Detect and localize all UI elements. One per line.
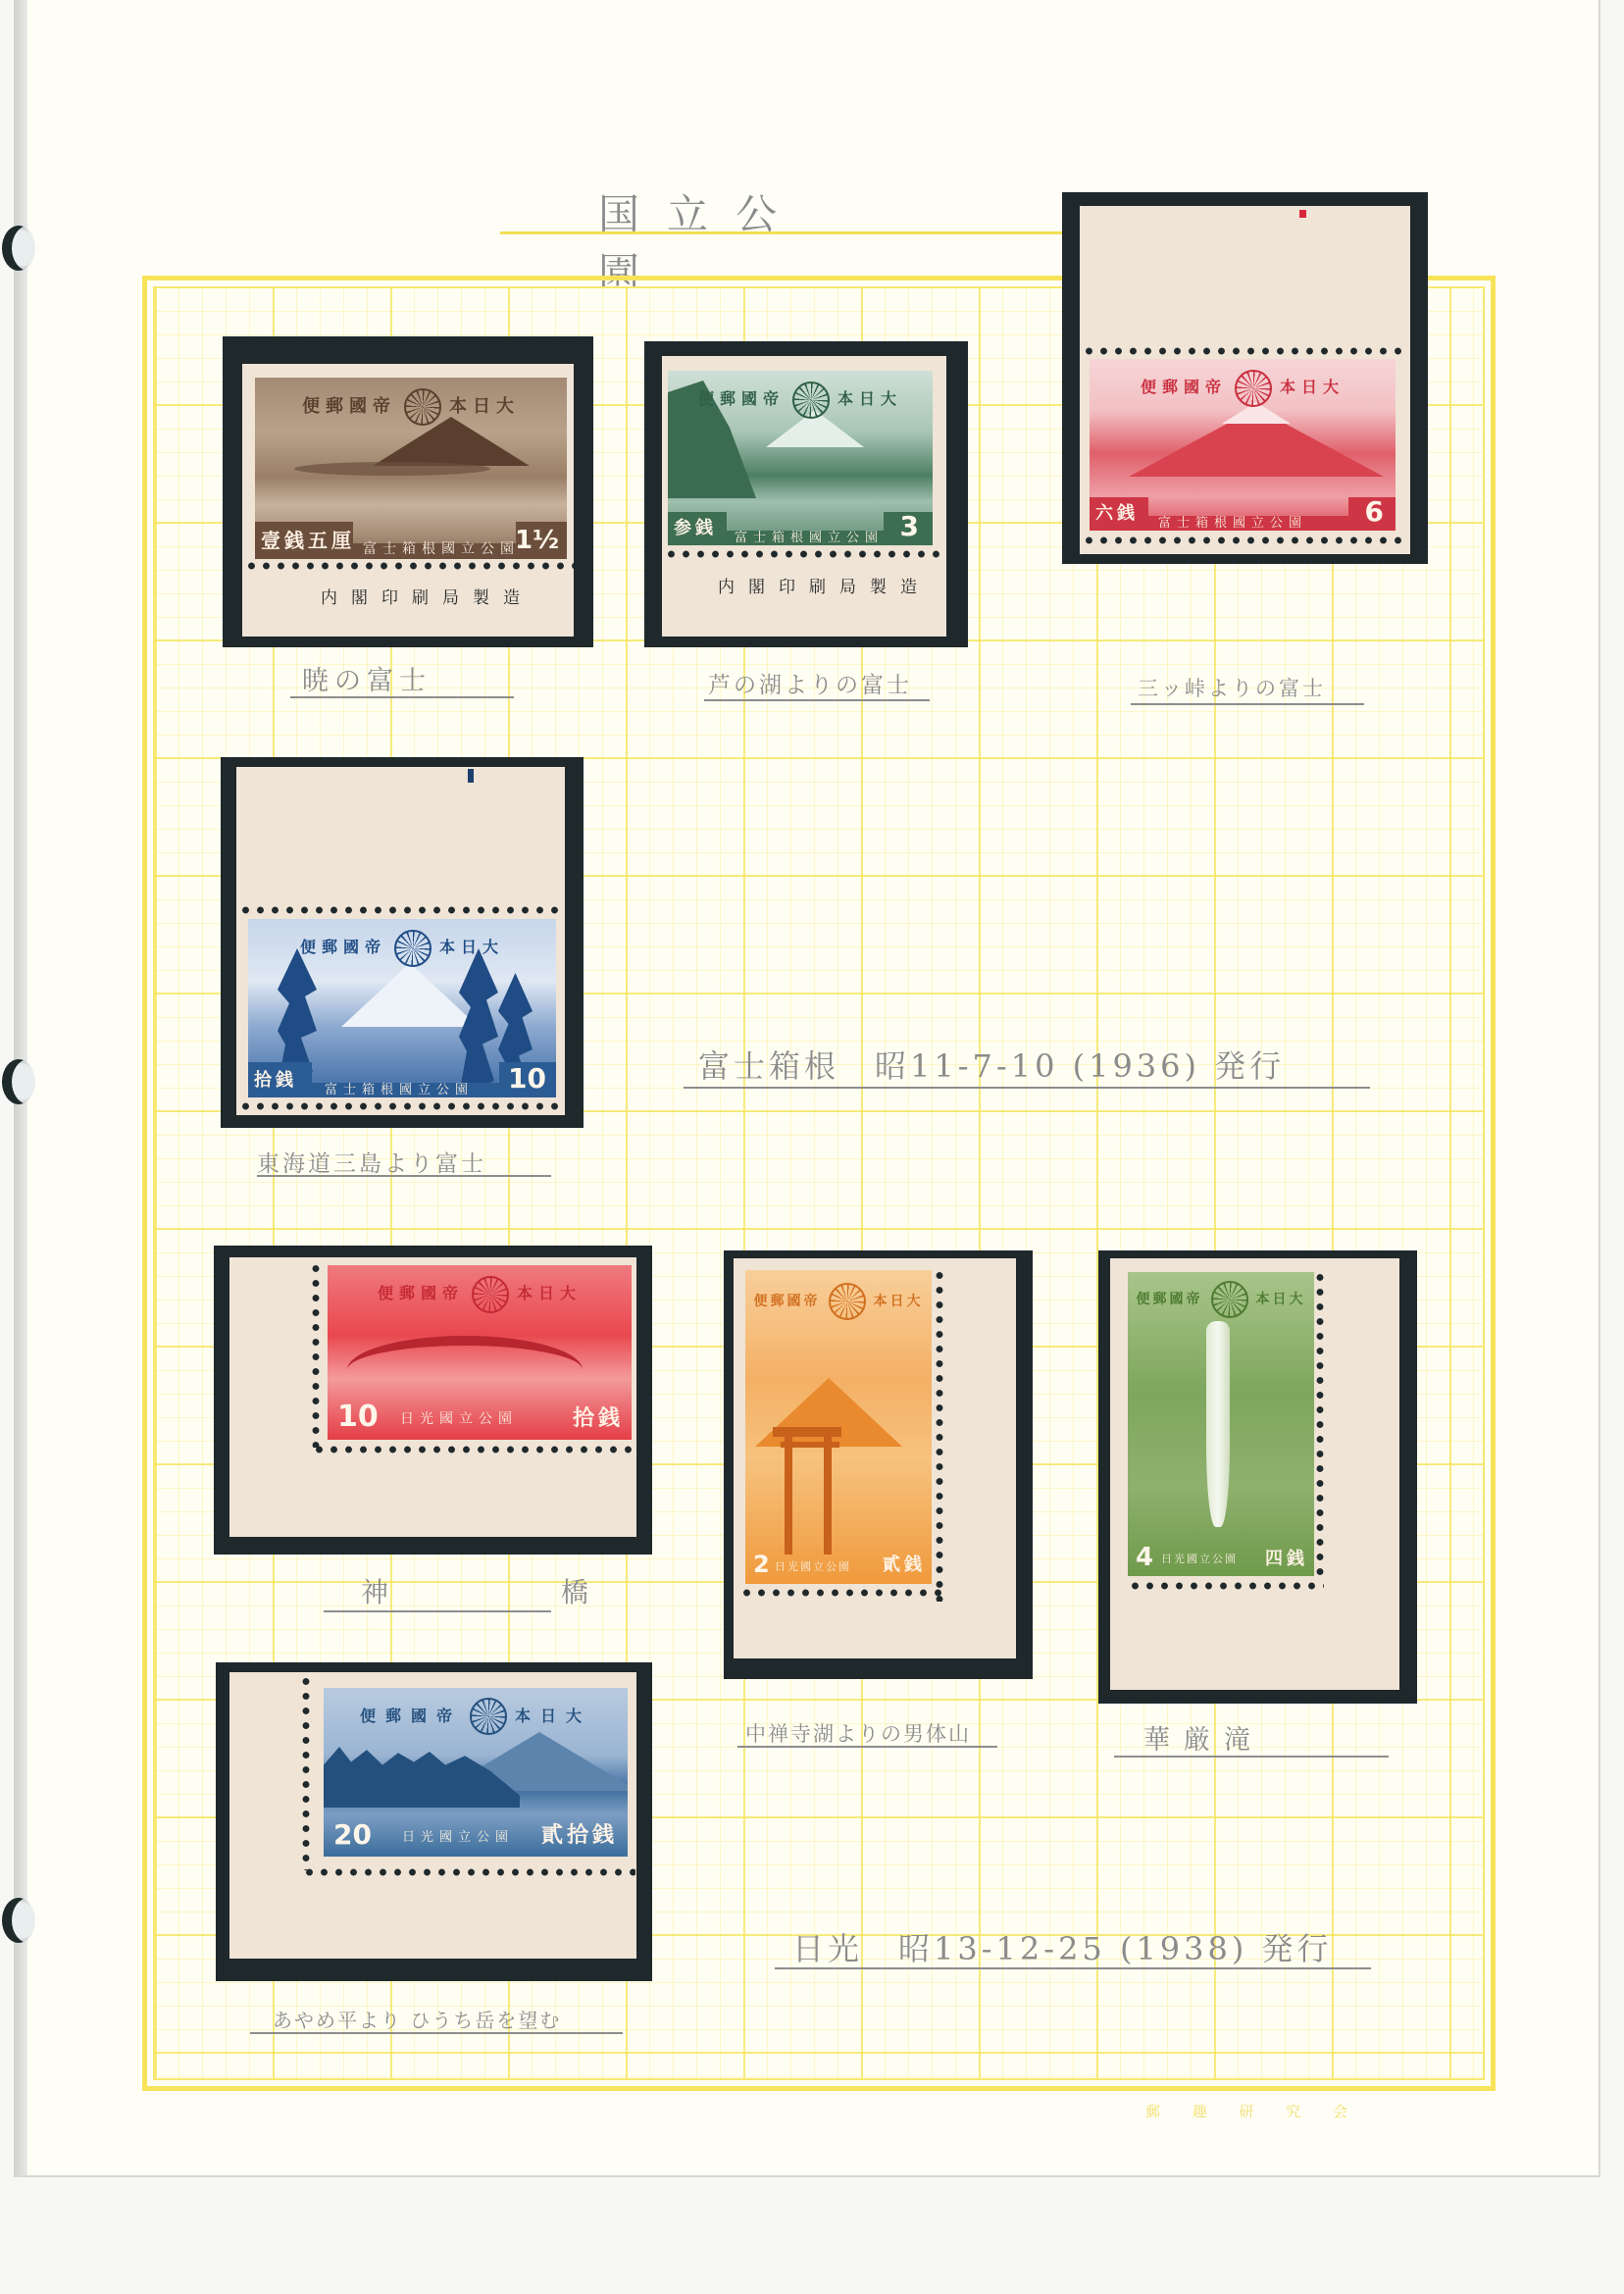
stamp-caption: 暁の富士: [302, 659, 431, 697]
perforations: [664, 550, 946, 558]
stamp-caption: 東海道三島より富士: [257, 1146, 486, 1178]
stamp-caption: 神 橋: [361, 1571, 628, 1610]
series-note-fuji-hakone: 富士箱根 昭11-7-10 (1936) 発行: [698, 1042, 1285, 1087]
park-inscription: 日光國立公園: [400, 1408, 518, 1428]
binder-hole: [2, 1059, 35, 1104]
denomination: 2: [753, 1551, 770, 1578]
perforations: [739, 1589, 945, 1597]
selvage-imprint: 内閣印刷局製造: [321, 584, 533, 608]
stamp-6-sen-fuji-mitsutoge[interactable]: 便郵國帝本日大 六銭 富士箱根國立公園 6: [1090, 359, 1396, 531]
stamp-caption: 三ッ峠よりの富士: [1138, 673, 1326, 702]
chrysanthemum-crest-icon: [404, 388, 441, 426]
stamp-1-1-2-sen-dawn-fuji[interactable]: 便郵國帝本日大 壹銭五厘 富士箱根國立公園 1½: [255, 378, 567, 559]
stamp-mount[interactable]: 便郵國帝本日大 壹銭五厘 富士箱根國立公園 1½ 内閣印刷局製造: [223, 336, 593, 647]
perforations: [302, 1674, 310, 1870]
sheet-marker: [1299, 210, 1306, 218]
stamp-mount[interactable]: 便郵國帝本日大 4 日光國立公園 四銭: [1098, 1250, 1417, 1704]
park-inscription: 富士箱根國立公園: [1158, 512, 1307, 531]
park-inscription: 日光國立公園: [1161, 1551, 1238, 1566]
stamp-mount[interactable]: 便郵國帝本日大 拾銭 富士箱根國立公園 10: [221, 757, 584, 1128]
value-kanji: 拾銭: [254, 1066, 297, 1092]
park-inscription: 日光國立公園: [775, 1558, 851, 1574]
value-kanji: 四銭: [1265, 1545, 1308, 1570]
top-inscription: 便郵國帝本日大: [754, 1294, 924, 1309]
stamp-3-sen-lake-ashi[interactable]: 便郵國帝本日大 参銭 富士箱根國立公園 3: [668, 371, 933, 545]
denomination: 4: [1136, 1543, 1153, 1572]
park-inscription: 日光國立公園: [402, 1826, 514, 1845]
perforations: [1082, 347, 1407, 355]
denomination: 6: [1365, 495, 1384, 528]
caption-underline: [257, 1175, 551, 1177]
binder-hole: [2, 226, 35, 271]
chrysanthemum-crest-icon: [472, 1276, 509, 1313]
stamp-mount[interactable]: 便郵國帝本日大 10 日光國立公園 拾銭: [214, 1246, 652, 1555]
perforations: [1082, 536, 1407, 544]
value-kanji: 六銭: [1095, 499, 1139, 525]
value-kanji: 壹銭五厘: [261, 525, 355, 553]
chrysanthemum-crest-icon: [394, 930, 431, 967]
chrysanthemum-crest-icon: [1235, 370, 1272, 407]
value-kanji: 貳銭: [883, 1551, 926, 1576]
waterfall-image: [1206, 1321, 1230, 1527]
caption-underline: [704, 699, 930, 701]
denomination: 3: [900, 510, 919, 542]
stamp-mount[interactable]: 便郵國帝本日大 参銭 富士箱根國立公園 3 内閣印刷局製造: [644, 341, 968, 647]
binder-hole: [2, 1898, 35, 1943]
series-note-underline: [775, 1967, 1371, 1969]
top-inscription: 便郵國帝本日大: [1141, 378, 1345, 396]
denomination: 1½: [515, 526, 559, 555]
top-inscription: 便郵國帝本日大: [698, 389, 902, 408]
stamp-10-sen-shinkyo-bridge[interactable]: 便郵國帝本日大 10 日光國立公園 拾銭: [328, 1265, 632, 1440]
perforations: [312, 1261, 320, 1448]
stamp-mount[interactable]: 便郵國帝本日大 2 日光國立公園 貳銭: [724, 1250, 1033, 1679]
selvage-imprint: 内閣印刷局製造: [718, 573, 931, 597]
denomination: 10: [508, 1062, 546, 1095]
park-inscription: 富士箱根國立公園: [325, 1079, 474, 1097]
stamp-caption: 中禅寺湖よりの男体山: [745, 1718, 971, 1748]
chrysanthemum-crest-icon: [470, 1698, 507, 1735]
top-inscription: 便郵國帝本日大: [360, 1707, 591, 1725]
perforations: [238, 1102, 564, 1110]
caption-underline: [290, 696, 514, 698]
perforations: [1128, 1582, 1324, 1590]
park-inscription: 富士箱根國立公園: [363, 538, 520, 558]
stamp-4-sen-kegon-falls[interactable]: 便郵國帝本日大 4 日光國立公園 四銭: [1128, 1272, 1314, 1576]
stamp-caption: 芦の湖よりの富士: [708, 667, 912, 699]
stamp-2-sen-chuzenji-nantai[interactable]: 便郵國帝本日大 2 日光國立公園 貳銭: [745, 1270, 932, 1584]
caption-underline: [324, 1610, 551, 1612]
perforations: [302, 1868, 635, 1876]
stamp-10-sen-fuji-mishima[interactable]: 便郵國帝本日大 拾銭 富士箱根國立公園 10: [248, 919, 556, 1097]
top-inscription: 便郵國帝本日大: [300, 938, 504, 956]
mountain-image: [341, 963, 479, 1027]
stamp-mount[interactable]: 便郵國帝本日大 20 日光國立公園 貳拾銭: [216, 1662, 652, 1981]
chrysanthemum-crest-icon: [1211, 1281, 1248, 1318]
perforations: [238, 906, 564, 914]
stamp-mount[interactable]: 便郵國帝本日大 六銭 富士箱根國立公園 6: [1062, 192, 1428, 564]
perforations: [244, 562, 574, 570]
bridge-image: [347, 1336, 583, 1404]
top-inscription: 便郵國帝本日大: [1137, 1292, 1306, 1307]
chrysanthemum-crest-icon: [829, 1283, 866, 1320]
series-note-underline: [684, 1087, 1370, 1089]
top-inscription: 便郵國帝本日大: [302, 396, 520, 417]
page-footer: 郵 趣 研 究 会: [1145, 2101, 1361, 2121]
park-inscription: 富士箱根國立公園: [735, 527, 884, 545]
denomination: 20: [333, 1818, 372, 1851]
caption-underline: [1114, 1756, 1389, 1758]
value-kanji: 拾銭: [573, 1402, 624, 1432]
stamp-caption: 華厳滝: [1143, 1718, 1264, 1757]
title-underline: [500, 231, 1079, 234]
caption-underline: [1131, 703, 1364, 705]
stamp-caption: あやめ平より ひうち岳を望む: [273, 2005, 561, 2033]
caption-underline: [737, 1746, 997, 1748]
perforations: [936, 1268, 943, 1602]
value-kanji: 貳拾銭: [541, 1818, 618, 1849]
series-note-nikko: 日光 昭13-12-25 (1938) 発行: [792, 1924, 1333, 1969]
chrysanthemum-crest-icon: [792, 382, 830, 419]
sheet-marker: [468, 769, 474, 783]
perforations: [1316, 1270, 1324, 1582]
denomination: 10: [337, 1400, 379, 1434]
stamp-20-sen-ayamedaira-hiuchi[interactable]: 便郵國帝本日大 20 日光國立公園 貳拾銭: [324, 1688, 628, 1857]
caption-underline: [250, 2032, 623, 2034]
value-kanji: 参銭: [674, 514, 717, 539]
perforations: [312, 1446, 635, 1453]
top-inscription: 便郵國帝本日大: [378, 1284, 582, 1302]
